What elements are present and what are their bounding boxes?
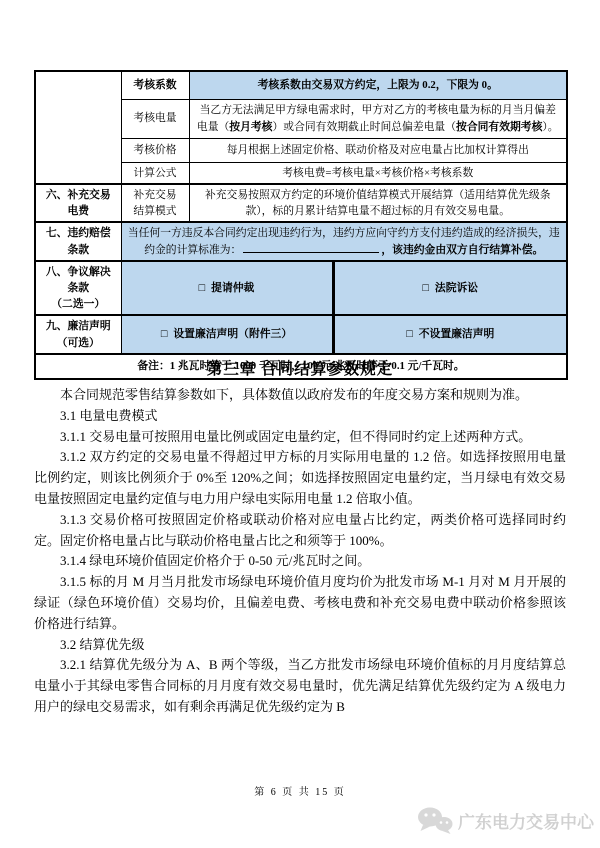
paragraph: 3.1.1 交易电量可按照用电量比例或固定电量约定，但不得同时约定上述两种方式。 [34,427,566,448]
section-nine-label: 九、廉洁声明 （可选） [35,315,121,353]
option-label: 法院诉讼 [435,282,478,294]
table-row: 六、补充交易 电费 补充交易 结算模式 补充交易按照双方约定的环境价值结算模式开… [35,184,567,222]
chapter-title: 第三章 合同结算参数规定 [0,357,600,379]
checkbox-icon: □ [199,282,206,294]
paragraph: 本合同规范零售结算参数如下，具体数值以政府发布的年度交易方案和规则为准。 [34,385,566,406]
paragraph: 3.2 结算优先级 [34,635,566,656]
checkbox-icon: □ [161,328,168,340]
option-label: 提请仲裁 [211,282,254,294]
formula-content: 考核电费=考核电量×考核价格×考核系数 [189,162,567,184]
table-row: 八、争议解决条款 （二选一） □提请仲裁 □法院诉讼 [35,261,567,316]
assessment-energy-label: 考核电量 [121,99,189,138]
assessment-coefficient-content: 考核系数由交易双方约定，上限为 0.2，下限为 0。 [189,71,567,99]
paragraph: 3.1 电量电费模式 [34,406,566,427]
paragraph: 3.1.5 标的月 M 月当月批发市场绿电环境价值月度均价为批发市场 M-1 月… [34,572,566,634]
table-row: 九、廉洁声明 （可选） □设置廉洁声明（附件三） □不设置廉洁声明 [35,315,567,353]
page-number: 第 6 页 共 15 页 [0,783,600,798]
watermark-label: 广东电力交易中心 [458,808,594,833]
section-six-content: 补充交易按照双方约定的环境价值结算模式开展结算（适用结算优先级条款），标的月累计… [189,184,567,222]
assessment-energy-content: 当乙方无法满足甲方绿电需求时，甲方对乙方的考核电量为标的月当月偏差电量（按月考核… [189,99,567,138]
paragraph: 3.2.1 结算优先级分为 A、B 两个等级，当乙方批发市场绿电环境价值标的月月… [34,655,566,717]
no-integrity-option: □不设置廉洁声明 [333,315,567,353]
chapter-body: 本合同规范零售结算参数如下，具体数值以政府发布的年度交易方案和规则为准。 3.1… [34,385,566,718]
section-seven-content: 当任何一方违反本合同约定出现违约行为，违约方应向守约方支付违约造成的经济损失，违… [121,222,567,260]
table-row: 七、违约赔偿 条款 当任何一方违反本合同约定出现违约行为，违约方应向守约方支付违… [35,222,567,260]
checkbox-icon: □ [422,282,429,294]
watermark: 广东电力交易中心 [417,806,594,834]
litigation-option: □法院诉讼 [333,261,567,316]
table-row: 考核系数 考核系数由交易双方约定，上限为 0.2，下限为 0。 [35,71,567,99]
option-label: 不设置廉洁声明 [419,328,495,340]
wechat-icon [417,806,453,834]
supplementary-mode-label: 补充交易 结算模式 [121,184,189,222]
assessment-price-content: 每月根据上述固定价格、联动价格及对应电量占比加权计算得出 [189,138,567,162]
checkbox-icon: □ [406,328,413,340]
arbitration-option: □提请仲裁 [121,261,333,316]
set-integrity-option: □设置廉洁声明（附件三） [121,315,333,353]
assessment-coefficient-label: 考核系数 [121,71,189,99]
paragraph: 3.1.2 双方约定的交易电量不得超过甲方标的月实际用电量的 1.2 倍。如选择… [34,447,566,509]
paragraph: 3.1.3 交易价格可按照固定价格或联动价格对应电量占比约定，两类价格可选择同时… [34,510,566,552]
option-label: 设置廉洁声明（附件三） [173,328,292,340]
document-page: 考核系数 考核系数由交易双方约定，上限为 0.2，下限为 0。 考核电量 当乙方… [0,0,600,848]
blank-underline [243,243,379,253]
formula-label: 计算公式 [121,162,189,184]
paragraph: 3.1.4 绿电环境价值固定价格介于 0-50 元/兆瓦时之间。 [34,551,566,572]
section-seven-label: 七、违约赔偿 条款 [35,222,121,260]
section-eight-label: 八、争议解决条款 （二选一） [35,261,121,316]
merged-empty-cell [35,71,121,184]
section-six-label: 六、补充交易 电费 [35,184,121,222]
contract-table: 考核系数 考核系数由交易双方约定，上限为 0.2，下限为 0。 考核电量 当乙方… [34,70,568,380]
assessment-price-label: 考核价格 [121,138,189,162]
